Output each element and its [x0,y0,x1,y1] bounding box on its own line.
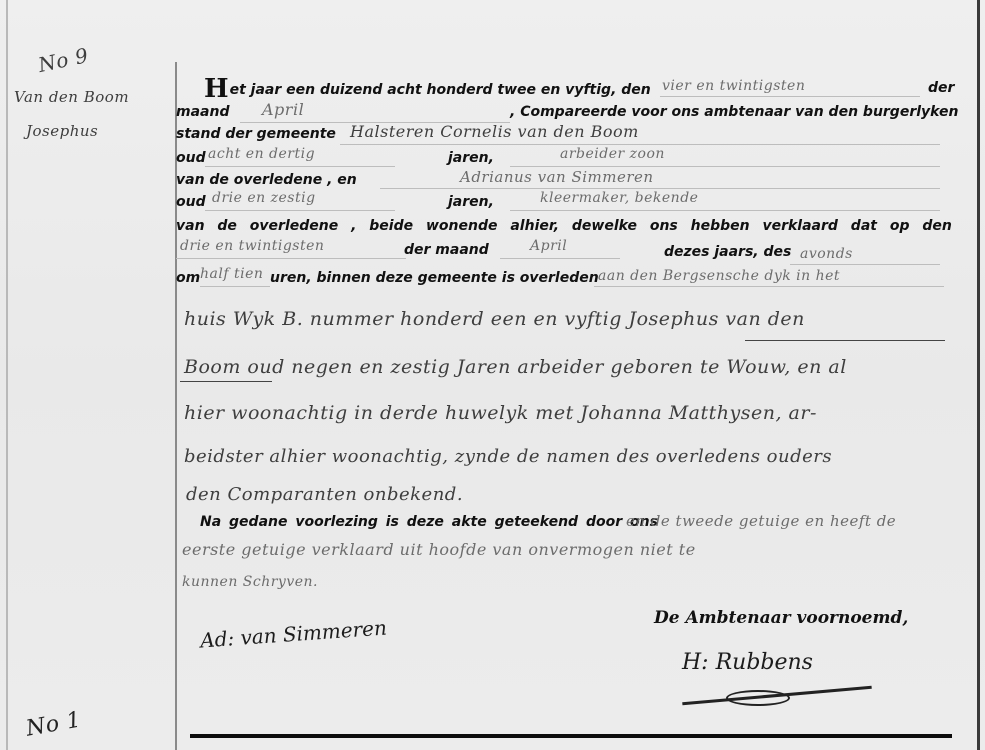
handwritten-line-11: Boom oud negen en zestig Jaren arbeider … [184,356,847,378]
handwritten-age-1: acht en dertig [208,146,315,162]
signature-flourish-loop [726,690,790,706]
margin-given-name: Josephus [26,122,98,140]
handwritten-month: April [262,100,304,119]
handwritten-line-17: kunnen Schryven. [182,574,318,590]
document-page: No 9 Van den Boom Josephus No 1 Het jaar… [0,0,985,750]
fill-line [594,286,944,287]
printed-line-9a: om [176,270,200,286]
handwritten-line-16: eerste getuige verklaard uit hoofde van … [182,540,696,559]
name-underline [745,340,945,341]
handwritten-death-day: drie en twintigsten [180,238,324,254]
official-label: De Ambtenaar voornoemd, [654,608,908,628]
name-underline [180,381,272,382]
handwritten-time-of-day: avonds [800,246,853,262]
fill-line [200,286,270,287]
handwritten-municipality-comparant: Halsteren Cornelis van den Boom [350,122,639,141]
fill-line [176,258,406,259]
fill-line [510,210,940,211]
handwritten-hour: half tien [200,266,263,282]
handwritten-day: vier en twintigsten [662,78,805,94]
fill-line [790,264,940,265]
fill-line [205,166,395,167]
fill-line [340,144,940,145]
handwritten-line-13: beidster alhier woonachtig, zynde de nam… [184,446,832,467]
printed-line-4a: oud [176,150,206,166]
printed-line-3a: stand der gemeente [176,126,336,142]
handwritten-line-15: en de tweede getuige en heeft de [626,512,896,530]
printed-line-8a: der maand [404,242,489,258]
official-signature: H: Rubbens [682,650,813,675]
printed-line-2b: , Compareerde voor ons ambtenaar van den… [510,104,958,120]
handwritten-occupation-1: arbeider zoon [560,146,665,162]
fill-line [660,96,920,97]
margin-surname: Van den Boom [14,88,129,106]
witness-signature: Ad: van Simmeren [199,616,387,653]
printed-line-4b: jaren, [448,150,494,166]
handwritten-line-12: hier woonachtig in derde huwelyk met Joh… [184,402,817,424]
printed-line-1b: der [928,80,954,96]
handwritten-death-month: April [530,238,567,254]
fill-line [205,210,395,211]
fill-line [500,258,620,259]
printed-line-7: van de overledene , beide wonende alhier… [176,218,952,234]
printed-line-8b: dezes jaars, des [664,244,791,260]
handwritten-place: aan den Bergsensche dyk in het [598,268,840,284]
printed-line-9b: uren, binnen deze gemeente is overleden [270,270,599,286]
printed-line-5a: van de overledene , en [176,172,357,188]
page-left-edge [6,0,8,750]
fill-line [510,166,940,167]
margin-next-record-number: No 1 [24,707,83,741]
printed-line-6a: oud [176,194,206,210]
printed-line-15: Na gedane voorlezing is deze akte geteek… [200,514,658,530]
page-right-edge [977,0,980,750]
drop-cap: H [204,74,229,104]
handwritten-line-14: den Comparanten onbekend. [186,484,463,505]
fill-line [380,188,940,189]
handwritten-age-2: drie en zestig [212,190,316,206]
printed-line-6b: jaren, [448,194,494,210]
handwritten-line-10: huis Wyk B. nummer honderd een en vyftig… [184,308,805,330]
handwritten-occupation-2: kleermaker, bekende [540,190,698,206]
margin-record-number: No 9 [36,43,91,77]
printed-line-2a: maand [176,104,229,120]
bottom-rule [190,734,952,738]
handwritten-witness-name: Adrianus van Simmeren [460,168,654,186]
